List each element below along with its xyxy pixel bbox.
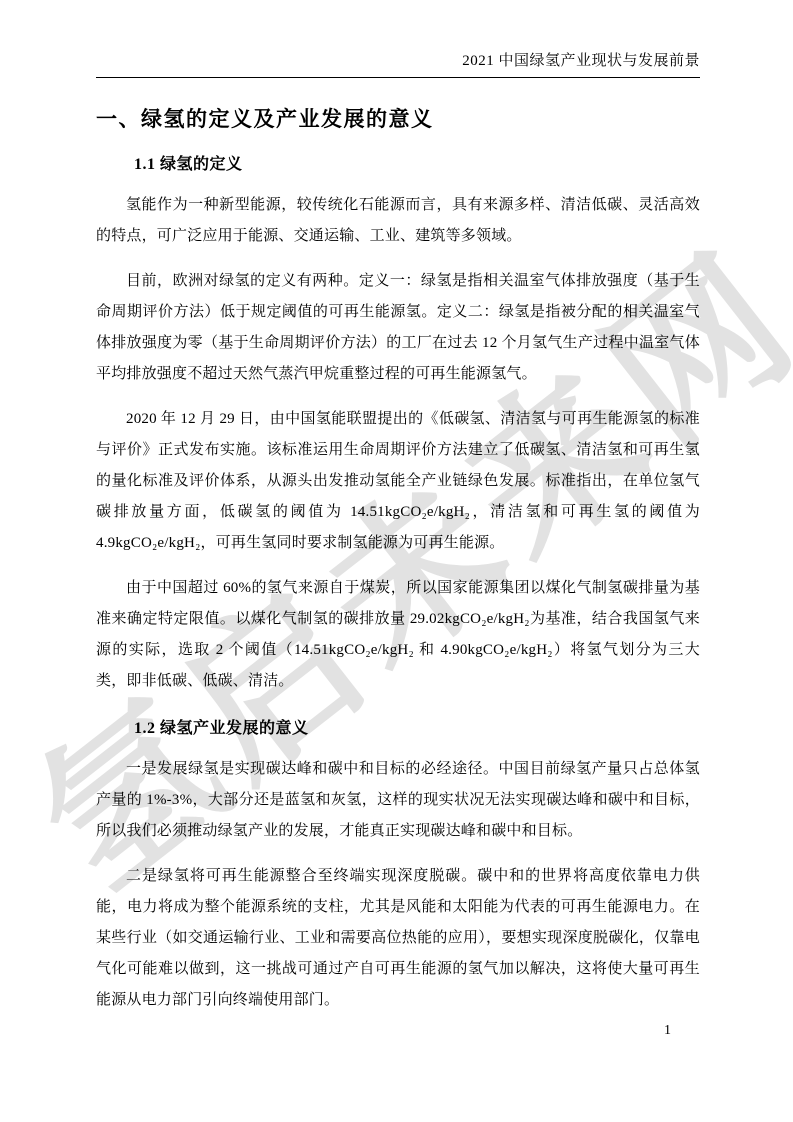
paragraph: 二是绿氢将可再生能源整合至终端实现深度脱碳。碳中和的世界将高度依靠电力供能，电力… bbox=[96, 861, 700, 1016]
page-number: 1 bbox=[664, 1022, 671, 1040]
paragraph: 2020 年 12 月 29 日，由中国氢能联盟提出的《低碳氢、清洁氢与可再生能… bbox=[96, 404, 700, 559]
document-page: 氢启未来网 2021 中国绿氢产业现状与发展前景 一、绿氢的定义及产业发展的意义… bbox=[0, 0, 793, 1122]
page-header-title: 2021 中国绿氢产业现状与发展前景 bbox=[96, 52, 700, 71]
header-divider-line bbox=[96, 77, 700, 78]
paragraph: 氢能作为一种新型能源，较传统化石能源而言，具有来源多样、清洁低碳、灵活高效的特点… bbox=[96, 190, 700, 252]
document-body: 2021 中国绿氢产业现状与发展前景 一、绿氢的定义及产业发展的意义 1.1 绿… bbox=[96, 0, 700, 1016]
chapter-title: 一、绿氢的定义及产业发展的意义 bbox=[96, 105, 700, 133]
paragraph: 由于中国超过 60%的氢气来源自于煤炭，所以国家能源集团以煤化气制氢碳排量为基准… bbox=[96, 573, 700, 697]
section-heading-1-2: 1.2 绿氢产业发展的意义 bbox=[134, 718, 700, 740]
section-heading-1-1: 1.1 绿氢的定义 bbox=[134, 154, 700, 176]
paragraph: 目前，欧洲对绿氢的定义有两种。定义一：绿氢是指相关温室气体排放强度（基于生命周期… bbox=[96, 266, 700, 390]
paragraph: 一是发展绿氢是实现碳达峰和碳中和目标的必经途径。中国目前绿氢产量只占总体氢产量的… bbox=[96, 754, 700, 847]
